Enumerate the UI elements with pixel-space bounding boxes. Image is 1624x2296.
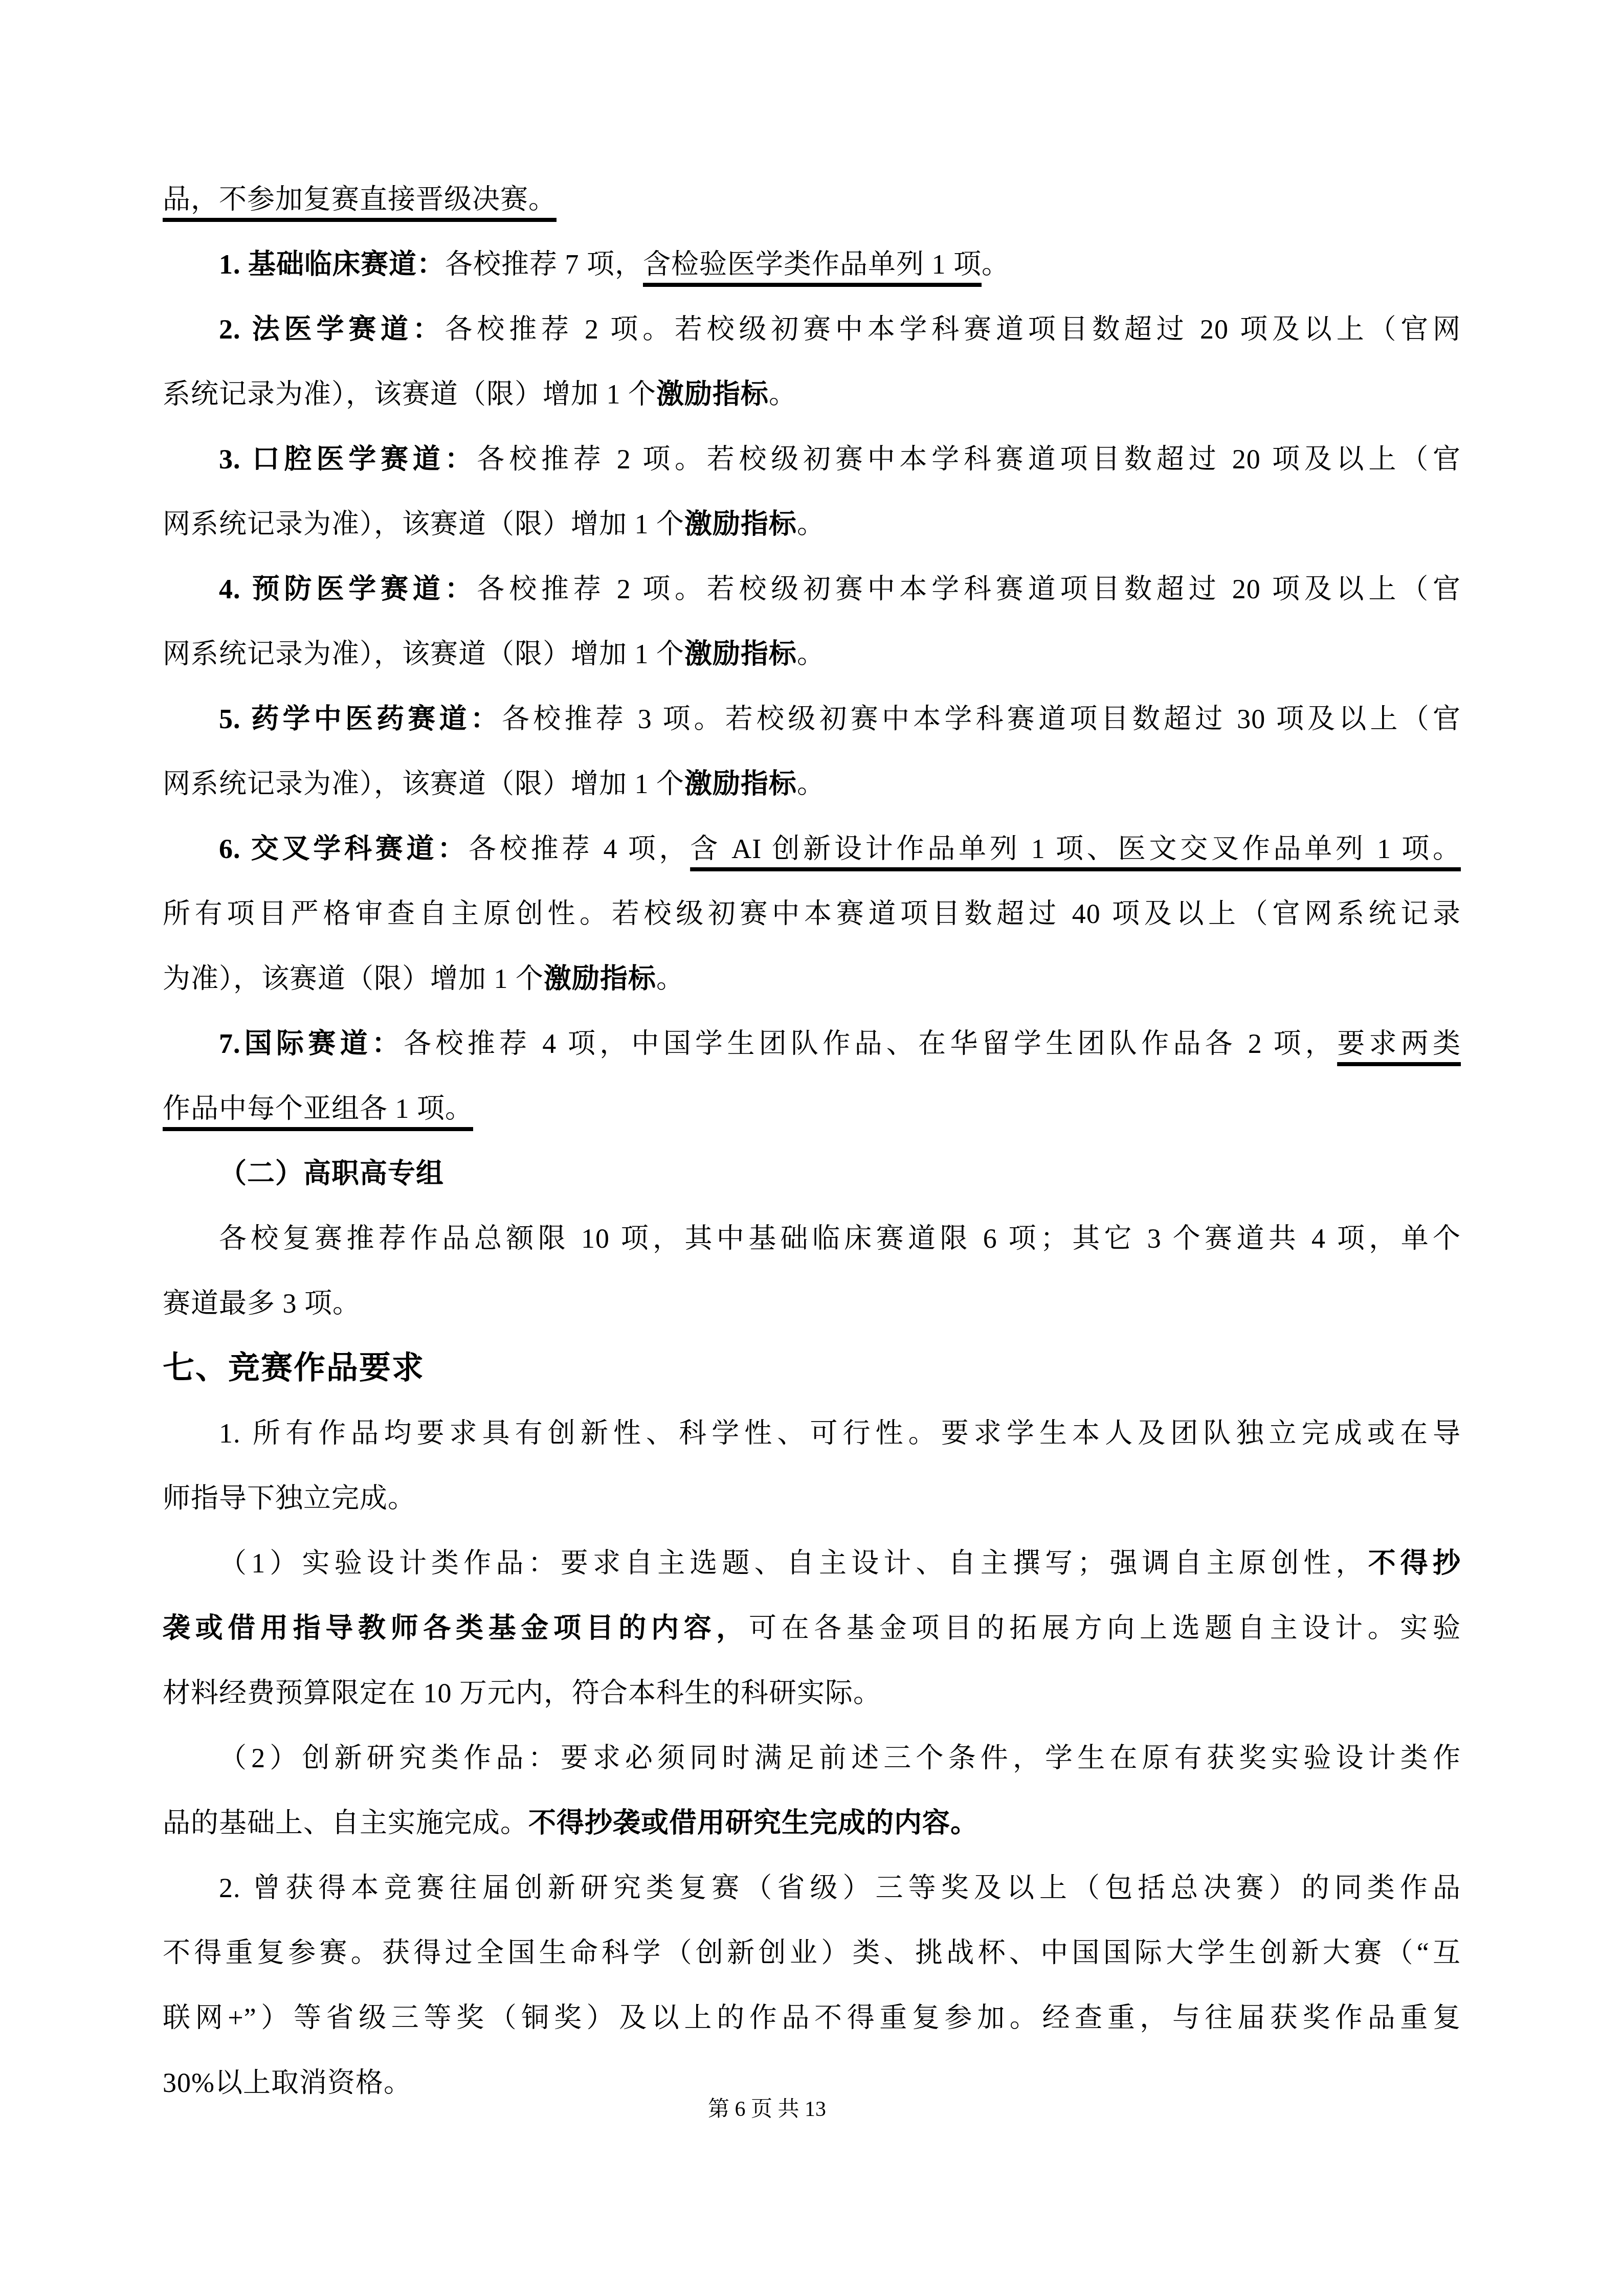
text-segment: 系统记录为准），该赛道（限）增加 1 个 bbox=[163, 379, 656, 410]
text-segment: 。 bbox=[797, 639, 825, 669]
text-segment: 1. 基础临床赛道： bbox=[219, 249, 445, 280]
text-line: 6. 交叉学科赛道：各校推荐 4 项，含 AI 创新设计作品单列 1 项、医文交… bbox=[163, 817, 1461, 882]
text-segment: 4. 预防医学赛道： bbox=[219, 574, 477, 604]
text-segment: 激励指标 bbox=[684, 639, 797, 669]
text-line: 网系统记录为准），该赛道（限）增加 1 个激励指标。 bbox=[163, 752, 1461, 817]
text-line: 所有项目严格审查自主原创性。若校级初赛中本赛道项目数超过 40 项及以上（官网系… bbox=[163, 882, 1461, 947]
text-line: 2. 曾获得本竞赛往届创新研究类复赛（省级）三等奖及以上（包括总决赛）的同类作品 bbox=[163, 1856, 1461, 1921]
text-line: 师指导下独立完成。 bbox=[163, 1466, 1461, 1531]
text-line: 作品中每个亚组各 1 项。 bbox=[163, 1076, 1461, 1141]
text-segment: 激励指标 bbox=[684, 509, 797, 539]
text-segment: （2）创新研究类作品：要求必须同时满足前述三个条件，学生在原有获奖实验设计类作 bbox=[219, 1743, 1461, 1773]
text-segment: 作品中每个亚组各 1 项。 bbox=[163, 1093, 473, 1124]
text-line: 1. 基础临床赛道：各校推荐 7 项，含检验医学类作品单列 1 项。 bbox=[163, 232, 1461, 297]
text-segment: 。 bbox=[656, 963, 684, 994]
text-line: 网系统记录为准），该赛道（限）增加 1 个激励指标。 bbox=[163, 622, 1461, 687]
text-line: 2. 法医学赛道：各校推荐 2 项。若校级初赛中本学科赛道项目数超过 20 项及… bbox=[163, 297, 1461, 362]
text-segment: 不得重复参赛。获得过全国生命科学（创新创业）类、挑战杯、中国国际大学生创新大赛（… bbox=[163, 1938, 1461, 1968]
text-segment: 品的基础上、自主实施完成。 bbox=[163, 1808, 528, 1838]
text-line: （2）创新研究类作品：要求必须同时满足前述三个条件，学生在原有获奖实验设计类作 bbox=[163, 1726, 1461, 1791]
text-segment: （1）实验设计类作品：要求自主选题、自主设计、自主撰写；强调自主原创性， bbox=[219, 1548, 1368, 1579]
text-segment: 网系统记录为准），该赛道（限）增加 1 个 bbox=[163, 769, 684, 799]
text-segment: 3. 口腔医学赛道： bbox=[219, 444, 477, 475]
text-line: 赛道最多 3 项。 bbox=[163, 1271, 1461, 1336]
page-number: 第 6 页 共 13 bbox=[708, 2098, 826, 2121]
text-segment: 1. 所有作品均要求具有创新性、科学性、可行性。要求学生本人及团队独立完成或在导 bbox=[219, 1418, 1461, 1449]
text-segment: 材料经费预算限定在 10 万元内，符合本科生的科研实际。 bbox=[163, 1678, 881, 1708]
text-segment: 为准），该赛道（限）增加 1 个 bbox=[163, 963, 544, 994]
text-segment: 不得抄 bbox=[1368, 1548, 1461, 1579]
text-segment: 各校推荐 4 项，中国学生团队作品、在华留学生团队作品各 2 项， bbox=[404, 1028, 1337, 1059]
text-segment: 网系统记录为准），该赛道（限）增加 1 个 bbox=[163, 509, 684, 539]
text-segment: 6. 交叉学科赛道： bbox=[219, 834, 469, 864]
text-line: 网系统记录为准），该赛道（限）增加 1 个激励指标。 bbox=[163, 492, 1461, 557]
text-segment: 含检验医学类作品单列 1 项 bbox=[643, 249, 982, 280]
text-line: 材料经费预算限定在 10 万元内，符合本科生的科研实际。 bbox=[163, 1661, 1461, 1726]
text-segment: 。 bbox=[982, 249, 1010, 280]
text-segment: 各校推荐 3 项。若校级初赛中本学科赛道项目数超过 30 项及以上（官 bbox=[502, 704, 1461, 734]
text-segment: 5. 药学中医药赛道： bbox=[219, 704, 502, 734]
text-line: 为准），该赛道（限）增加 1 个激励指标。 bbox=[163, 947, 1461, 1011]
text-segment: 。 bbox=[797, 769, 825, 799]
text-segment: 网系统记录为准），该赛道（限）增加 1 个 bbox=[163, 639, 684, 669]
text-line: 4. 预防医学赛道：各校推荐 2 项。若校级初赛中本学科赛道项目数超过 20 项… bbox=[163, 557, 1461, 622]
text-segment: 所有项目严格审查自主原创性。若校级初赛中本赛道项目数超过 40 项及以上（官网系… bbox=[163, 898, 1461, 929]
text-segment: 各校复赛推荐作品总额限 10 项，其中基础临床赛道限 6 项；其它 3 个赛道共… bbox=[219, 1223, 1461, 1254]
text-segment: 30%以上取消资格。 bbox=[163, 2067, 412, 2098]
text-segment: 品，不参加复赛直接晋级决赛。 bbox=[163, 184, 557, 215]
text-line: 各校复赛推荐作品总额限 10 项，其中基础临床赛道限 6 项；其它 3 个赛道共… bbox=[163, 1206, 1461, 1271]
text-segment: 赛道最多 3 项。 bbox=[163, 1288, 361, 1319]
text-line: 3. 口腔医学赛道：各校推荐 2 项。若校级初赛中本学科赛道项目数超过 20 项… bbox=[163, 427, 1461, 492]
text-line: 联网+”）等省级三等奖（铜奖）及以上的作品不得重复参加。经查重，与往届获奖作品重… bbox=[163, 1986, 1461, 2051]
text-line: （二）高职高专组 bbox=[163, 1141, 1461, 1206]
text-line: 袭或借用指导教师各类基金项目的内容，可在各基金项目的拓展方向上选题自主设计。实验 bbox=[163, 1596, 1461, 1661]
text-segment: 不得抄袭或借用研究生完成的内容。 bbox=[528, 1808, 978, 1838]
text-segment: 袭或借用指导教师各类基金项目的内容， bbox=[163, 1613, 749, 1644]
text-segment: 各校推荐 2 项。若校级初赛中本学科赛道项目数超过 20 项及以上（官 bbox=[477, 444, 1461, 475]
text-segment: 各校推荐 2 项。若校级初赛中本学科赛道项目数超过 20 项及以上（官网 bbox=[445, 314, 1461, 345]
text-line: 品，不参加复赛直接晋级决赛。 bbox=[163, 167, 1461, 232]
text-segment: 各校推荐 7 项， bbox=[445, 249, 643, 280]
document-body: 品，不参加复赛直接晋级决赛。1. 基础临床赛道：各校推荐 7 项，含检验医学类作… bbox=[163, 167, 1461, 2115]
text-line: 系统记录为准），该赛道（限）增加 1 个激励指标。 bbox=[163, 362, 1461, 427]
page-footer: 第 6 页 共 13 bbox=[0, 2094, 1624, 2125]
text-segment: 要求两类 bbox=[1337, 1028, 1461, 1059]
text-segment: 各校推荐 2 项。若校级初赛中本学科赛道项目数超过 20 项及以上（官 bbox=[477, 574, 1461, 604]
text-segment: 联网+”）等省级三等奖（铜奖）及以上的作品不得重复参加。经查重，与往届获奖作品重… bbox=[163, 2002, 1461, 2033]
text-segment: 七、竞赛作品要求 bbox=[163, 1351, 425, 1386]
text-line: 1. 所有作品均要求具有创新性、科学性、可行性。要求学生本人及团队独立完成或在导 bbox=[163, 1401, 1461, 1466]
section-heading: 七、竞赛作品要求 bbox=[163, 1336, 1461, 1401]
text-segment: 各校推荐 4 项， bbox=[469, 834, 690, 864]
text-segment: 2. 曾获得本竞赛往届创新研究类复赛（省级）三等奖及以上（包括总决赛）的同类作品 bbox=[219, 1873, 1461, 1903]
text-segment: 7.国际赛道： bbox=[219, 1028, 404, 1059]
text-segment: 可在各基金项目的拓展方向上选题自主设计。实验 bbox=[749, 1613, 1461, 1644]
text-segment: 。 bbox=[769, 379, 797, 410]
text-line: 7.国际赛道：各校推荐 4 项，中国学生团队作品、在华留学生团队作品各 2 项，… bbox=[163, 1011, 1461, 1076]
document-page: 品，不参加复赛直接晋级决赛。1. 基础临床赛道：各校推荐 7 项，含检验医学类作… bbox=[0, 0, 1624, 2296]
text-line: 不得重复参赛。获得过全国生命科学（创新创业）类、挑战杯、中国国际大学生创新大赛（… bbox=[163, 1921, 1461, 1986]
text-segment: 师指导下独立完成。 bbox=[163, 1483, 416, 1514]
text-segment: 激励指标 bbox=[684, 769, 797, 799]
text-line: 5. 药学中医药赛道：各校推荐 3 项。若校级初赛中本学科赛道项目数超过 30 … bbox=[163, 687, 1461, 752]
text-segment: （二）高职高专组 bbox=[219, 1158, 444, 1189]
text-segment: 激励指标 bbox=[544, 963, 656, 994]
text-segment: 激励指标 bbox=[656, 379, 769, 410]
text-segment: 含 AI 创新设计作品单列 1 项、医文交叉作品单列 1 项。 bbox=[690, 834, 1461, 864]
text-segment: 。 bbox=[797, 509, 825, 539]
text-line: （1）实验设计类作品：要求自主选题、自主设计、自主撰写；强调自主原创性，不得抄 bbox=[163, 1531, 1461, 1596]
text-segment: 2. 法医学赛道： bbox=[219, 314, 445, 345]
text-line: 品的基础上、自主实施完成。不得抄袭或借用研究生完成的内容。 bbox=[163, 1791, 1461, 1856]
